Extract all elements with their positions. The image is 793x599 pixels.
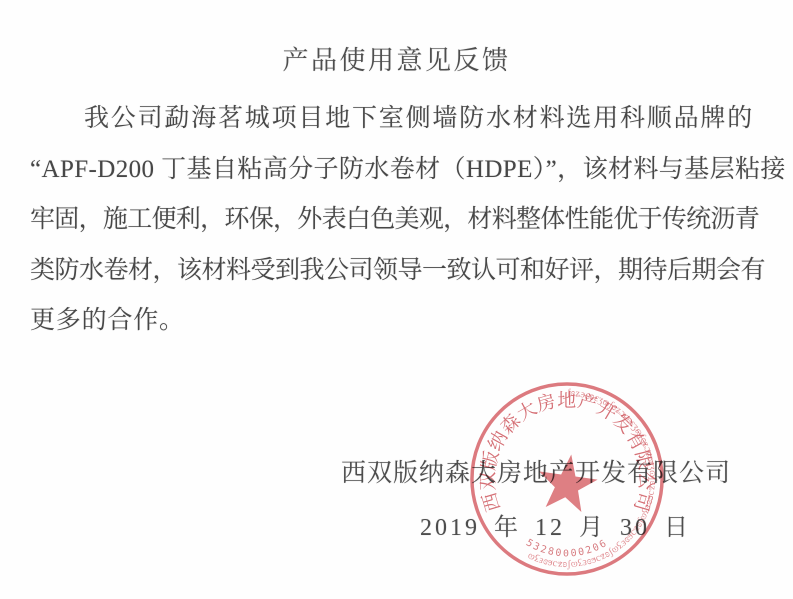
body-line: 牢固，施工便利，环保，外表白色美观，材料整体性能优于传统沥青 <box>30 195 768 246</box>
seal-company-name-ring: 西双版纳森大房地产开发有限公司 <box>478 389 657 514</box>
body-line: 我公司勐海茗城项目地下室侧墙防水材料选用科顺品牌的 <box>30 94 768 145</box>
document-body: 我公司勐海茗城项目地下室侧墙防水材料选用科顺品牌的 “APF-D200 丁基自粘… <box>30 94 768 347</box>
signature-date: 2019 年 12 月 30 日 <box>420 507 691 542</box>
scanned-document-page: 产品使用意见反馈 我公司勐海茗城项目地下室侧墙防水材料选用科顺品牌的 “APF-… <box>0 0 793 599</box>
body-line: “APF-D200 丁基自粘高分子防水卷材（HDPE）”，该材料与基层粘接 <box>30 145 768 196</box>
signature-company-name: 西双版纳森大房地产开发有限公司 <box>341 453 731 489</box>
document-title: 产品使用意见反馈 <box>0 40 793 77</box>
body-line: 更多的合作。 <box>30 296 768 347</box>
body-line: 类防水卷材，该材料受到我公司领导一致认可和好评，期待后期会有 <box>30 246 768 297</box>
